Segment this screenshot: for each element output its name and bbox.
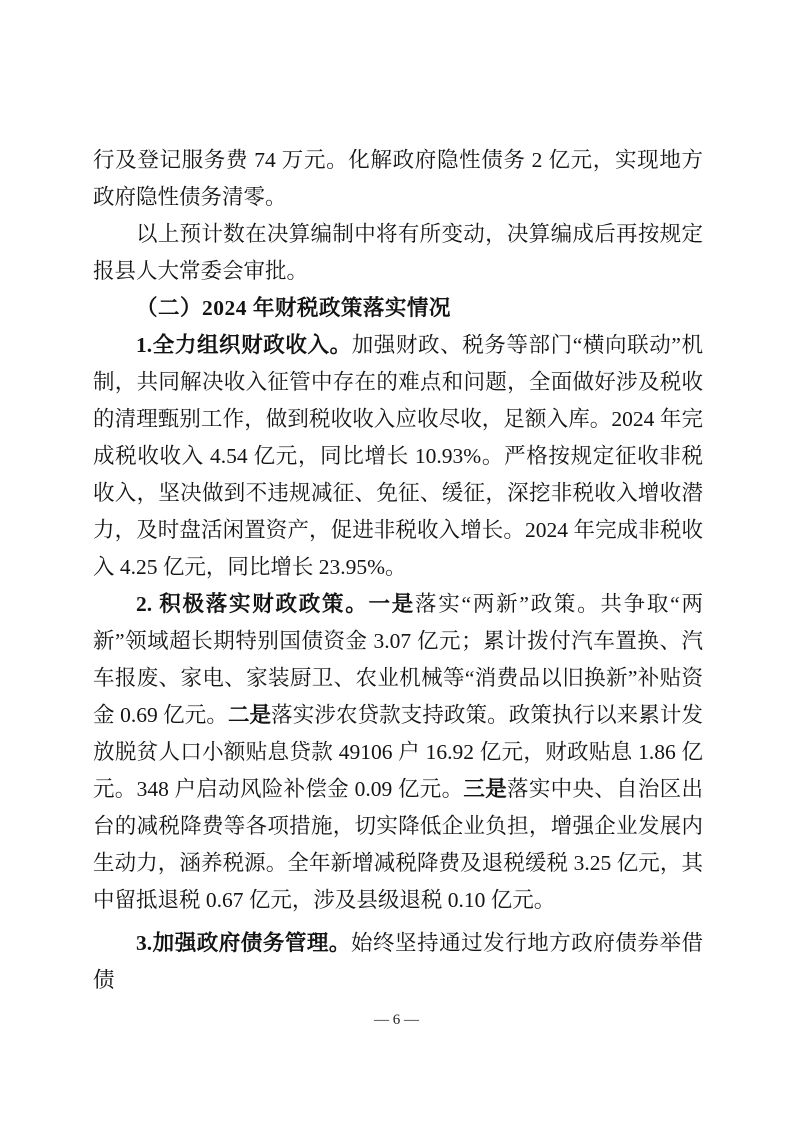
text-run: 以上预计数在决算编制中将有所变动，决算编成后再按规定报县人大常委会审批。 xyxy=(93,222,703,283)
text-run-bold: 二是 xyxy=(228,703,271,727)
para-3-government-debt-management: 3.加强政府债务管理。始终坚持通过发行地方政府债券举借债 xyxy=(93,925,703,999)
para-debt-resolution: 行及登记服务费 74 万元。化解政府隐性债务 2 亿元，实现地方政府隐性债务清零… xyxy=(93,142,703,216)
section-heading-2024-fiscal-policy: （二）2024 年财税政策落实情况 xyxy=(93,290,703,327)
text-run-bold: 1.全力组织财政收入。 xyxy=(136,333,352,357)
text-run-bold: 2. 积极落实财政政策。一是 xyxy=(136,592,415,616)
para-final-accounts-note: 以上预计数在决算编制中将有所变动，决算编成后再按规定报县人大常委会审批。 xyxy=(93,216,703,290)
text-run-bold: （二）2024 年财税政策落实情况 xyxy=(136,296,451,320)
document-body: 行及登记服务费 74 万元。化解政府隐性债务 2 亿元，实现地方政府隐性债务清零… xyxy=(93,142,703,999)
para-2-fiscal-policy-implementation: 2. 积极落实财政政策。一是落实“两新”政策。共争取“两新”领域超长期特别国债资… xyxy=(93,586,703,919)
text-run-bold: 3.加强政府债务管理。 xyxy=(136,931,351,955)
text-run-bold: 三是 xyxy=(463,777,507,801)
document-page: 行及登记服务费 74 万元。化解政府隐性债务 2 亿元，实现地方政府隐性债务清零… xyxy=(0,0,793,1122)
page-number: — 6 — xyxy=(0,1008,793,1032)
text-run: 加强财政、税务等部门“横向联动”机制，共同解决收入征管中存在的难点和问题，全面做… xyxy=(93,333,703,579)
para-1-revenue-organization: 1.全力组织财政收入。加强财政、税务等部门“横向联动”机制，共同解决收入征管中存… xyxy=(93,327,703,586)
text-run: 行及登记服务费 74 万元。化解政府隐性债务 2 亿元，实现地方政府隐性债务清零… xyxy=(93,148,703,209)
